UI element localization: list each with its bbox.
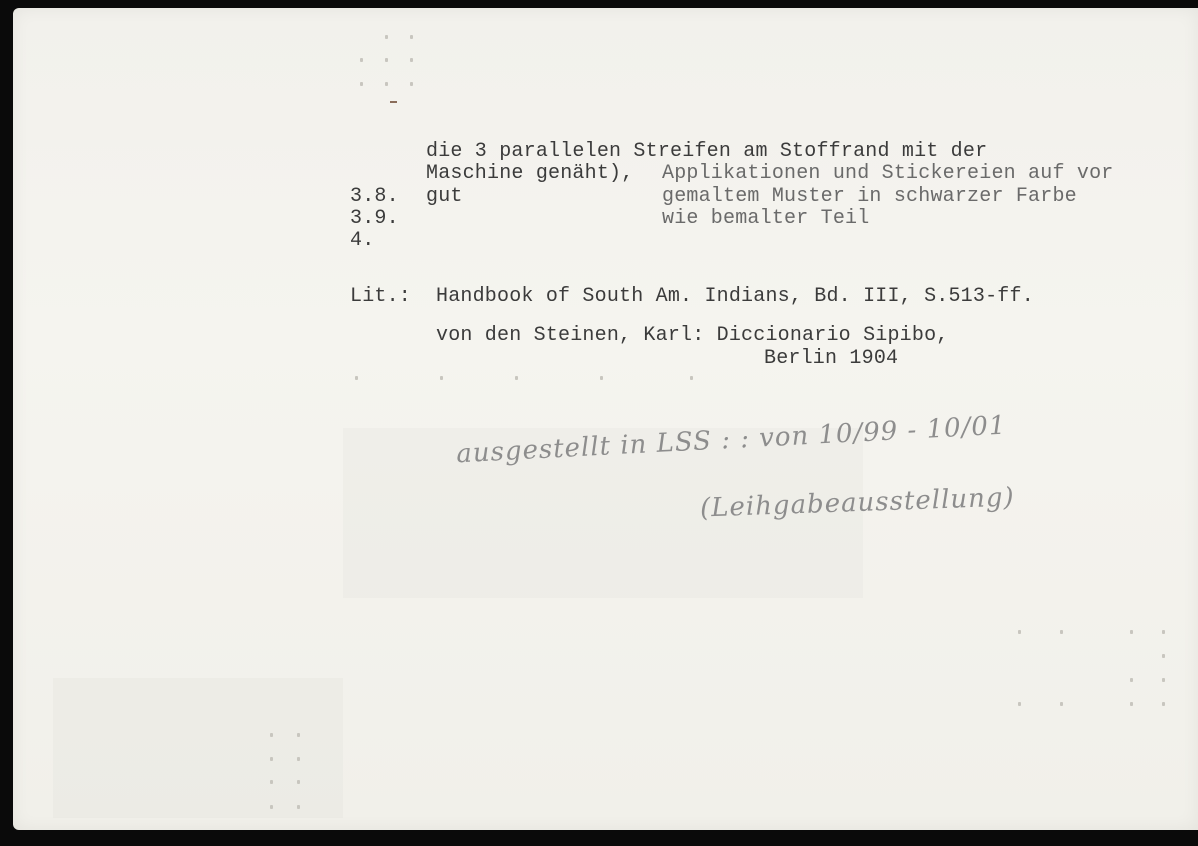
item-number: 3.8. <box>350 186 399 208</box>
item-value: gut <box>426 186 463 208</box>
emboss-dot <box>297 733 300 737</box>
item-number: 3.9. <box>350 208 399 230</box>
ink-mark <box>390 101 397 103</box>
emboss-dot <box>1162 678 1165 682</box>
entry-line-2-left: Maschine genäht), <box>426 163 633 185</box>
emboss-dot <box>270 805 273 809</box>
literature-ref-2-line-1: von den Steinen, Karl: Diccionario Sipib… <box>436 325 948 347</box>
emboss-dot <box>1130 702 1133 706</box>
show-through-block <box>53 678 343 818</box>
emboss-dot <box>297 757 300 761</box>
emboss-dot <box>690 376 693 380</box>
emboss-dot <box>270 780 273 784</box>
literature-ref-1: Handbook of South Am. Indians, Bd. III, … <box>436 286 1034 308</box>
emboss-dot <box>1060 702 1063 706</box>
entry-line-4-right: wie bemalter Teil <box>662 208 869 230</box>
entry-line-1: die 3 parallelen Streifen am Stoffrand m… <box>426 141 987 163</box>
emboss-dot <box>1162 630 1165 634</box>
emboss-dot <box>1060 630 1063 634</box>
entry-line-3-right: gemaltem Muster in schwarzer Farbe <box>662 186 1077 208</box>
entry-line-2-right: Applikationen und Stickereien auf vor <box>662 163 1113 185</box>
emboss-dot <box>297 780 300 784</box>
emboss-dot <box>410 58 413 62</box>
emboss-dot <box>385 58 388 62</box>
emboss-dot <box>1018 630 1021 634</box>
emboss-dot <box>1162 702 1165 706</box>
emboss-dot <box>270 757 273 761</box>
emboss-dot <box>1018 702 1021 706</box>
literature-ref-2-line-2: Berlin 1904 <box>764 348 898 370</box>
literature-label: Lit.: <box>350 286 411 308</box>
emboss-dot <box>440 376 443 380</box>
document-sheet <box>13 8 1198 830</box>
emboss-dot <box>385 35 388 39</box>
emboss-dot <box>410 35 413 39</box>
emboss-dot <box>355 376 358 380</box>
emboss-dot <box>270 733 273 737</box>
emboss-dot <box>297 805 300 809</box>
emboss-dot <box>1130 630 1133 634</box>
emboss-dot <box>360 82 363 86</box>
emboss-dot <box>360 58 363 62</box>
emboss-dot <box>515 376 518 380</box>
emboss-dot <box>410 82 413 86</box>
emboss-dot <box>385 82 388 86</box>
item-number: 4. <box>350 230 374 252</box>
emboss-dot <box>1162 654 1165 658</box>
emboss-dot <box>600 376 603 380</box>
emboss-dot <box>1130 678 1133 682</box>
